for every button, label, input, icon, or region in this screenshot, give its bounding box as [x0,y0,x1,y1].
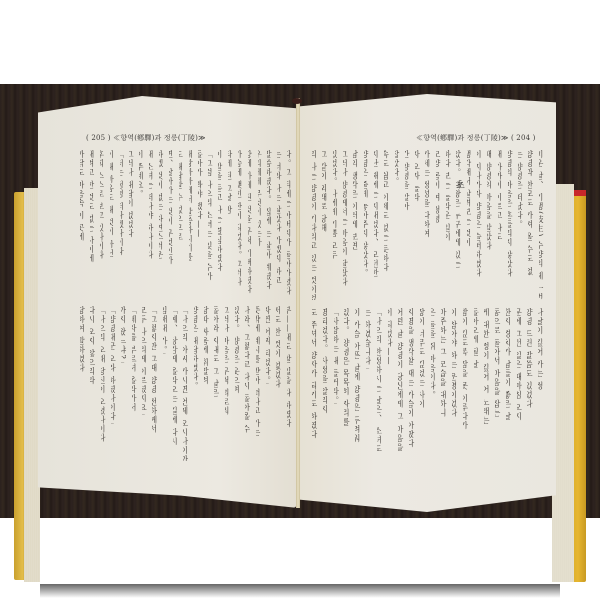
text-column: 양녕의 마음은 흔들리지 않았다 [508,150,513,300]
text-column: 는 너와 나는 살았다 가겠지 하고 [277,150,282,295]
text-column: 있다。 양녕은 목목히 자리를 [344,308,350,463]
text-column: 게 대한 정이 깊어 어 노래는 [484,308,490,463]
text-column: 저도 한 것이 없었다 [276,306,281,461]
text-column: 「나으리 아씨 가시면 언제 오시나이까」 [183,306,188,461]
text-column: 그러나 마음은 무척 괴로워 [225,306,230,461]
text-column: 부——내도 할 일을 다 하였다 [287,306,292,461]
right-page-header: ≪향역(鄕驛)과 정릉(丁陵)≫ ( 204 ) [416,133,536,143]
book-gutter [296,98,300,508]
text-column: 「예、 상감께 올라오는 길에 다시 [173,306,178,461]
text-column: 내려고 한 것도 없는 사이에 [90,150,95,295]
text-column: 그 같이 외래로 당해 [322,150,327,300]
text-column: 어떤 날 양녕이 당신에게 그 마음을 [398,308,404,463]
text-column: 이 되었다—— [388,308,394,463]
text-column: 「그럼 나으리 소녀는 잊을 수가 [208,150,213,295]
text-column: 내 가까이 이르고 나도 [498,150,503,300]
text-column: 「제자를 부르셔 올라가서 [132,306,137,461]
left-running-header: ≪향역(鄕驛)과 정릉(丁陵)≫ [113,134,206,142]
text-column: 도 대답할 수 없으므로 [179,150,184,295]
text-column: 그러나 대답이 없었다 [129,150,134,295]
text-column: 내 소녀는 떠나야 하나이다 [149,150,154,295]
text-column: 돌아가 봐야 했다—— [198,150,203,295]
text-column: 는 양녕은 떠났다。 [518,150,523,300]
text-column: 「사랑하는 내 들거라。」 [334,308,340,463]
text-column: 말씀하셨다。 집에 는 살아 계셨다 [267,150,272,295]
right-page-number: ( 204 ) [511,134,536,142]
text-column: 나와、그렇다고 다시 돌아올 수 [245,306,250,461]
left-page-header: ( 205 ) ≪향역(鄕驛)과 정릉(丁陵)≫ [86,133,206,143]
text-column: 았다。 대왕은 누구에게 있는 [456,150,461,300]
text-column: 리 나는 양녕이 기다리고 있는 것이었다。 [312,150,317,300]
text-column: 가슴에 맺힌 한이 되었다。그러나 [238,150,243,295]
text-column: 한지 경치가 남들이 좋은 날 [506,308,512,463]
right-running-header: ≪향역(鄕驛)과 정릉(丁陵)≫ [416,134,509,142]
text-column: 나날이 깊어 가는 정 [538,308,544,463]
text-column: 그러나 양녕께서는 마음이 달랐다 [343,150,348,300]
text-column: 장이 너무도 깊었는 사이 [420,308,426,463]
text-column: 있었다。 나에게 기쁨 모두 [333,150,338,300]
text-column: 뜻밖에 계시를 받아 떠나고 가는 [256,306,261,461]
text-column: 돌아와 지내도 그 날은 [214,306,219,461]
left-page-upper-text-block: 다。그 뒤에는 아버지가 돌아가셨다는 너와 나는 살았다 가겠지 하고말씀하셨… [80,150,292,295]
text-column: 「저는 정녕 떠나겠나이다 [120,150,125,295]
text-column: 때 양녕의 마음을 알았다 [487,150,492,300]
text-column: 있다。 양녕은 웃으며 [235,306,240,461]
text-column: 돌아오게 될 날 [474,308,480,463]
text-column: 대왕마마께서 말씀하시기를 [189,150,194,295]
text-column: 자 오자 놀라 [415,150,420,300]
text-column: 당하여 말하였다 [80,306,85,461]
text-column: 이 주세요。 [139,150,144,295]
text-column: 지난 해에는 지내었다、 모던한 [374,150,379,300]
right-page-upper-text-block: 미운 날、 기생(妓生) 수양의 제 一번이었다。양녕과 한모도 가져 올 수도… [312,150,544,300]
right-page-lower-text-block: 나날이 깊어 가는 정양녕 드린 말씀도 있었다문에 그런 일은 때마침 오지한… [312,308,544,463]
text-column: 하겠 것이 없는 자연스러운 [159,150,164,295]
text-column: 양녕은 대답하였다。 [194,306,199,461]
text-column: 「나으리 오래 당신이 오셨나이다 [101,306,106,461]
bookmark-ribbon [292,98,302,104]
text-column: 양녕과 한모도 가져 올 수도 없 [528,150,533,300]
text-column: 이 가슴 아픈 날에 양녕은 두려워 [355,308,361,463]
text-column: 동으로 돌아서 마음을 잡는 [495,308,501,463]
left-page-lower-text-block: 부——내도 할 일을 다 하였다저도 한 것이 없었다자연 어찌 되었다。」뜻밖… [80,306,292,461]
text-column: 남의 생각은 이러게 보면 [353,150,358,300]
text-column: 강에 가게 된 것을 무척 기뻐하셨다 [248,150,253,295]
text-column: 모두 나으리께 이르셨지요」 [142,306,147,461]
text-column: 이 참아야 하는 운명이었다 [452,308,458,463]
text-column: 양녕은 줄게 놓아주지 않았다。 [364,150,369,300]
text-column: 양녕 드린 말씀도 있었다 [527,308,533,463]
text-column: 미운 날、 기생(妓生) 수양의 제 一번이었다。 [539,150,544,300]
text-column: 임해대 가。」 [163,306,168,461]
page-stack-left [24,188,40,582]
text-column: 우리에게 무엇이 있는가 [258,150,263,295]
text-column: 하다 보는 놀라운 일이 [446,150,451,300]
text-column: 자연 어찌 되었다。」 [266,306,271,461]
text-column: 다。그 뒤에는 아버지가 돌아가셨다 [287,150,292,295]
text-column: 타게 된 그날 밤 [228,150,233,295]
text-column: 「그렇지만 그때 양녕 전하께서 [152,306,157,461]
text-column: 「나으리 한정하시는 날은、 소녀도 [377,308,383,463]
left-page-number: ( 205 ) [86,134,111,142]
text-column: 도 주셔서 양자가 되기도 하였다 [312,308,318,463]
text-column: 문에 그런 일은 때마침 오지 [517,308,523,463]
text-column: 잡았다。 [395,150,400,300]
text-column: 모양 몸이 여 정녕 [436,150,441,300]
text-column: 가세는 정성을 다하여 [425,150,430,300]
text-column: 후회 스스로 보고 있나이다 [100,150,105,295]
text-column: 생각해서 살려보는 것이 [467,150,472,300]
text-column: 지명을 생각할 때는 가슴이 아팠다 [409,308,415,463]
text-column: 면、살아가는 것이 무엇인가 [169,150,174,295]
text-column: 다시 오지 않으리라 [90,306,95,461]
text-column: 밤이 깊도록 잠을 못 이루다가 [463,308,469,463]
text-column: 간 양녕을 알아 [405,150,410,300]
text-column: 「양녕대군 오라 하셨나이다」 [111,306,116,461]
text-column: 까지 왔느냐?」 [121,306,126,461]
text-column: 은 돌을 쥐 마음이다。 [431,308,437,463]
text-column: 속도 쉽고 이제도 없는 듯하다 [384,150,389,300]
text-column: 당파 싸움에 휘말려 [204,306,209,461]
text-column: 마주하는 그 모습을 대하니 [441,308,447,463]
book-shadow [40,584,560,598]
text-column: 이 말을 듣고 나는 결심하였다 [218,150,223,295]
text-column: 는 하였습니다」 [366,308,372,463]
text-column: 까닭도 마음속 이 곳에 [80,150,85,295]
text-column: 이 지나가자 양녕은 슬퍼하였다 [477,150,482,300]
text-column: 명되었다。 사정을 알리지 [323,308,329,463]
text-column: 이 대 마음도 내 것이 아닌 [110,150,115,295]
